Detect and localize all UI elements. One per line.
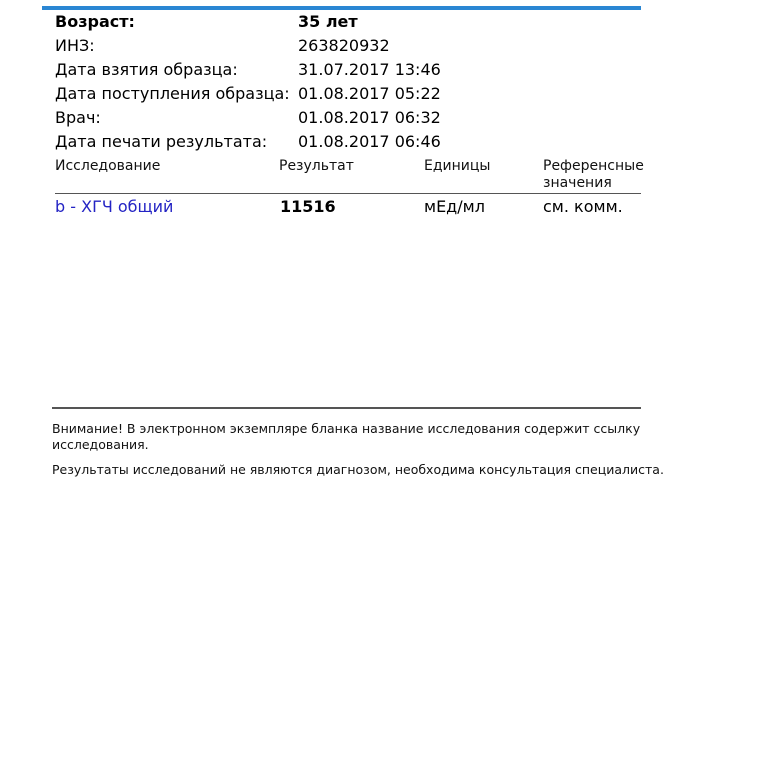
info-value: 31.07.2017 13:46 — [298, 59, 441, 81]
header-accent-bar — [42, 6, 641, 10]
test-result: 11516 — [280, 197, 336, 217]
test-units: мЕд/мл — [424, 197, 485, 217]
notes-divider — [52, 407, 641, 409]
test-name-link[interactable]: b - ХГЧ общий — [55, 197, 173, 216]
notes-section: Внимание! В электронном экземпляре бланк… — [52, 421, 641, 478]
column-header-reference: Референсные значения — [543, 158, 653, 192]
info-label: ИНЗ: — [55, 35, 95, 57]
notice-text: Внимание! В электронном экземпляре бланк… — [52, 421, 641, 437]
disclaimer-text: Результаты исследований не являются диаг… — [52, 462, 641, 478]
info-value: 35 лет — [298, 11, 358, 33]
column-header-result: Результат — [279, 158, 354, 175]
column-header-test: Исследование — [55, 158, 160, 175]
table-header-divider — [55, 193, 641, 194]
info-label: Дата поступления образца: — [55, 83, 290, 105]
info-value: 01.08.2017 06:32 — [298, 107, 441, 129]
info-value: 263820932 — [298, 35, 390, 57]
info-label: Возраст: — [55, 11, 135, 33]
column-header-units: Единицы — [424, 158, 490, 175]
info-label: Дата взятия образца: — [55, 59, 238, 81]
info-label: Дата печати результата: — [55, 131, 267, 153]
info-label: Врач: — [55, 107, 101, 129]
info-value: 01.08.2017 06:46 — [298, 131, 441, 153]
test-reference: см. комм. — [543, 197, 623, 217]
notice-text-continued: исследования. — [52, 437, 641, 453]
info-value: 01.08.2017 05:22 — [298, 83, 441, 105]
